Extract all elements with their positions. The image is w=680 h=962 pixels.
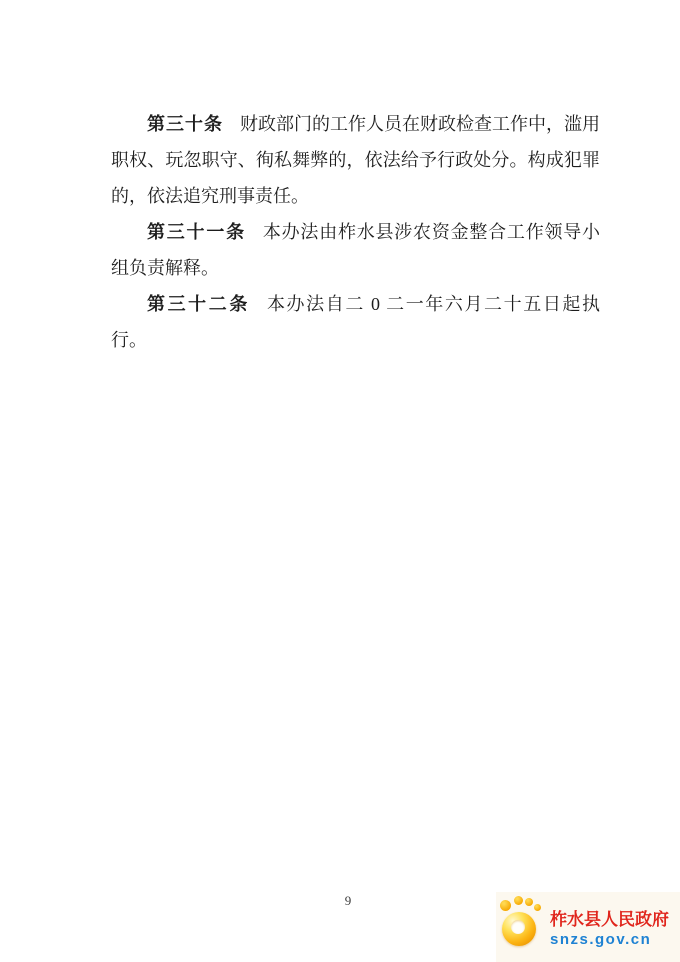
government-site-logo[interactable]: 柞水县人民政府 snzs.gov.cn: [496, 892, 680, 962]
foot-icon: [499, 896, 545, 946]
article-number: 第三十条: [147, 114, 223, 134]
article-number: 第三十一条: [147, 222, 246, 242]
document-body: 第三十条财政部门的工作人员在财政检查工作中，滥用职权、玩忽职守、徇私舞弊的，依法…: [111, 106, 600, 358]
site-name: 柞水县人民政府: [550, 910, 669, 930]
article-paragraph: 第三十一条本办法由柞水县涉农资金整合工作领导小组负责解释。: [111, 214, 600, 286]
article-paragraph: 第三十二条本办法自二 0 二一年六月二十五日起执行。: [111, 286, 600, 358]
foot-icon-toe: [534, 904, 541, 911]
article-paragraph: 第三十条财政部门的工作人员在财政检查工作中，滥用职权、玩忽职守、徇私舞弊的，依法…: [111, 106, 600, 214]
article-number: 第三十二条: [147, 294, 250, 314]
foot-icon-ball: [502, 912, 536, 946]
foot-icon-toe: [514, 896, 523, 905]
logo-text: 柞水县人民政府 snzs.gov.cn: [550, 910, 669, 949]
site-url: snzs.gov.cn: [550, 930, 669, 949]
foot-icon-toe: [525, 898, 533, 906]
foot-icon-toe: [500, 900, 511, 911]
